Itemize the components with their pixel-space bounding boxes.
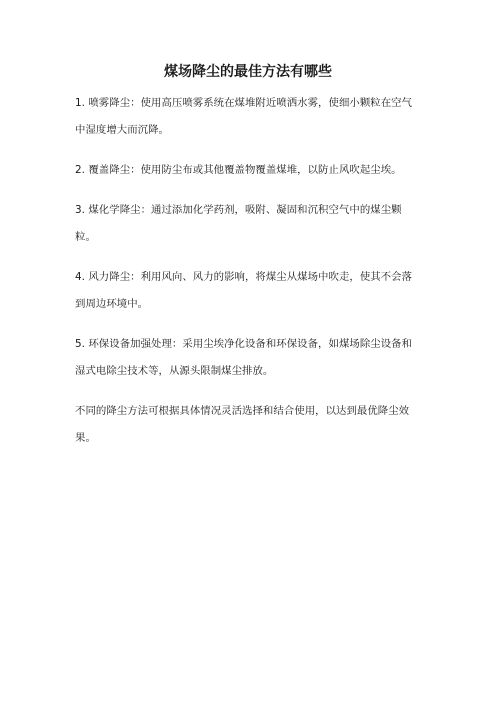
paragraph-spray: 1. 喷雾降尘：使用高压喷雾系统在煤堆附近喷洒水雾，使细小颗粒在空气中湿度增大而…: [75, 90, 421, 144]
document-page: 煤场降尘的最佳方法有哪些 1. 喷雾降尘：使用高压喷雾系统在煤堆附近喷洒水雾，使…: [75, 62, 421, 465]
paragraph-equipment: 5. 环保设备加强处理：采用尘埃净化设备和环保设备，如煤场除尘设备和湿式电除尘技…: [75, 331, 421, 385]
paragraph-conclusion: 不同的降尘方法可根据具体情况灵活选择和结合使用，以达到最优降尘效果。: [75, 398, 421, 452]
paragraph-cover: 2. 覆盖降尘：使用防尘布或其他覆盖物覆盖煤堆，以防止风吹起尘埃。: [75, 157, 421, 184]
document-title: 煤场降尘的最佳方法有哪些: [75, 62, 421, 82]
paragraph-chemical: 3. 煤化学降尘：通过添加化学药剂，吸附、凝固和沉积空气中的煤尘颗粒。: [75, 197, 421, 251]
paragraph-wind: 4. 风力降尘：利用风向、风力的影响，将煤尘从煤场中吹走，使其不会落到周边环境中…: [75, 264, 421, 318]
